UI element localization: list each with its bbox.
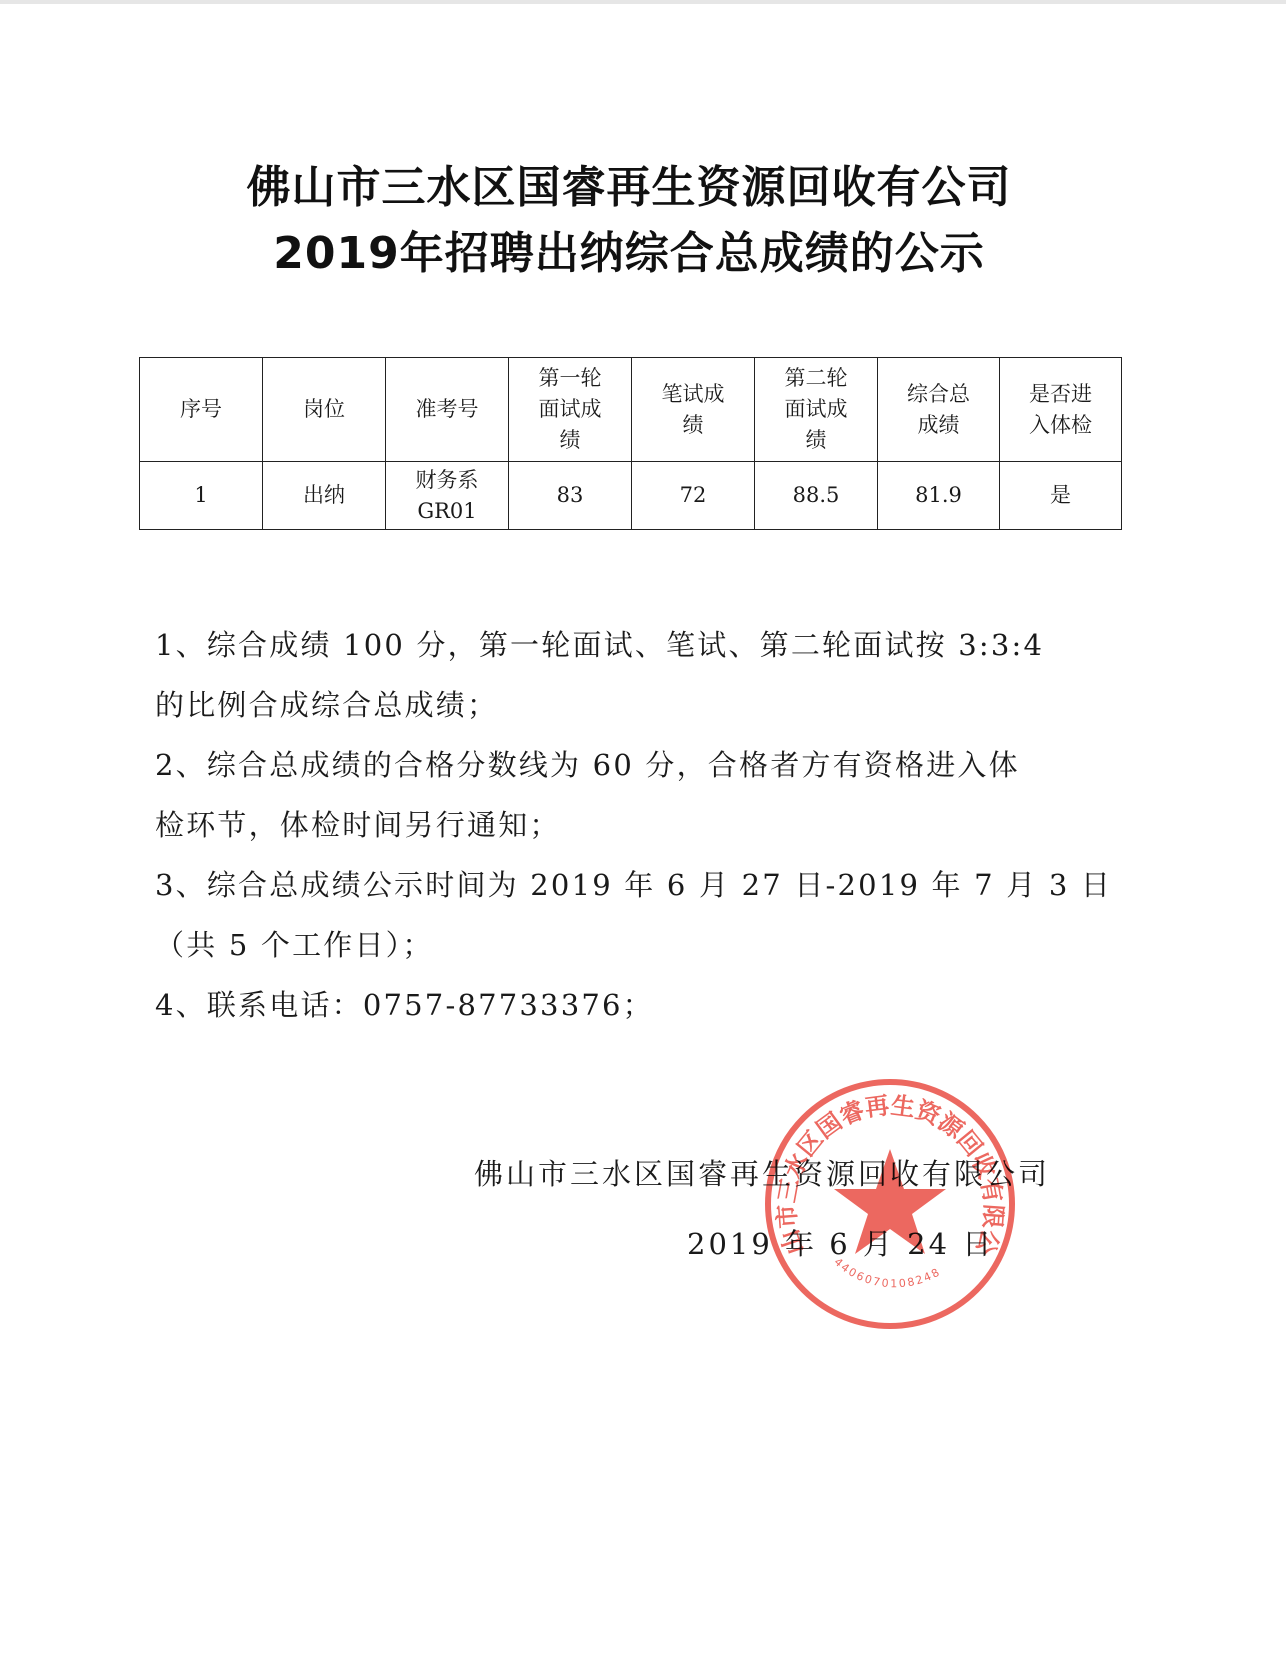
header-second-interview: 第二轮面试成绩 — [755, 358, 878, 462]
header-physical-exam: 是否进入体检 — [1000, 358, 1122, 462]
top-border-strip — [0, 0, 1286, 4]
cell-second-interview: 88.5 — [755, 462, 878, 530]
cell-position: 出纳 — [263, 462, 386, 530]
note-line: 4、联系电话：0757-87733376； — [155, 975, 1105, 1035]
header-first-interview: 第一轮面试成绩 — [509, 358, 632, 462]
score-table: 序号 岗位 准考号 第一轮面试成绩 笔试成绩 第二轮面试成绩 综合总成绩 是否进… — [139, 357, 1122, 530]
document-title-line2: 2019年招聘出纳综合总成绩的公示 — [0, 232, 1272, 276]
note-line: 2、综合总成绩的合格分数线为 60 分，合格者方有资格进入体 — [155, 735, 1105, 795]
header-position: 岗位 — [263, 358, 386, 462]
exam-number-line1: 财务系 — [386, 465, 508, 496]
note-line: 检环节，体检时间另行通知； — [155, 795, 1105, 855]
header-index: 序号 — [140, 358, 263, 462]
cell-index: 1 — [140, 462, 263, 530]
svg-text:4406070108248: 4406070108248 — [831, 1255, 943, 1290]
stamp-serial: 4406070108248 — [831, 1255, 943, 1290]
company-seal-stamp-icon: 佛山市三水区国睿再生资源回收有限公司 4406070108248 — [763, 1077, 1017, 1331]
exam-number-line2: GR01 — [386, 496, 508, 527]
notes-section: 1、综合成绩 100 分，第一轮面试、笔试、第二轮面试按 3:3:4 的比例合成… — [155, 615, 1105, 1035]
table-row: 1 出纳 财务系 GR01 83 72 88.5 81.9 是 — [140, 462, 1122, 530]
table-header-row: 序号 岗位 准考号 第一轮面试成绩 笔试成绩 第二轮面试成绩 综合总成绩 是否进… — [140, 358, 1122, 462]
note-line: 的比例合成综合总成绩； — [155, 675, 1105, 735]
header-total-score: 综合总成绩 — [878, 358, 1000, 462]
note-line: 1、综合成绩 100 分，第一轮面试、笔试、第二轮面试按 3:3:4 — [155, 615, 1105, 675]
cell-exam-number: 财务系 GR01 — [386, 462, 509, 530]
cell-physical-exam: 是 — [1000, 462, 1122, 530]
document-title-line1: 佛山市三水区国睿再生资源回收有公司 — [0, 166, 1272, 210]
cell-written-test: 72 — [632, 462, 755, 530]
header-exam-number: 准考号 — [386, 358, 509, 462]
cell-first-interview: 83 — [509, 462, 632, 530]
header-written-test: 笔试成绩 — [632, 358, 755, 462]
note-line: 3、综合总成绩公示时间为 2019 年 6 月 27 日-2019 年 7 月 … — [155, 855, 1105, 915]
cell-total-score: 81.9 — [878, 462, 1000, 530]
note-line: （共 5 个工作日）； — [155, 915, 1105, 975]
